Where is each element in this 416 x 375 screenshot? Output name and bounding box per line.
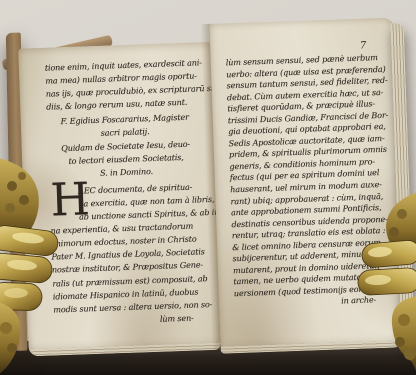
gilded-hand-left [0,152,70,375]
page-number: 7 [360,40,367,51]
gilded-hand-right [354,192,416,375]
photo-scene: H tione enim, inquit uates, exardescit a… [0,0,416,375]
